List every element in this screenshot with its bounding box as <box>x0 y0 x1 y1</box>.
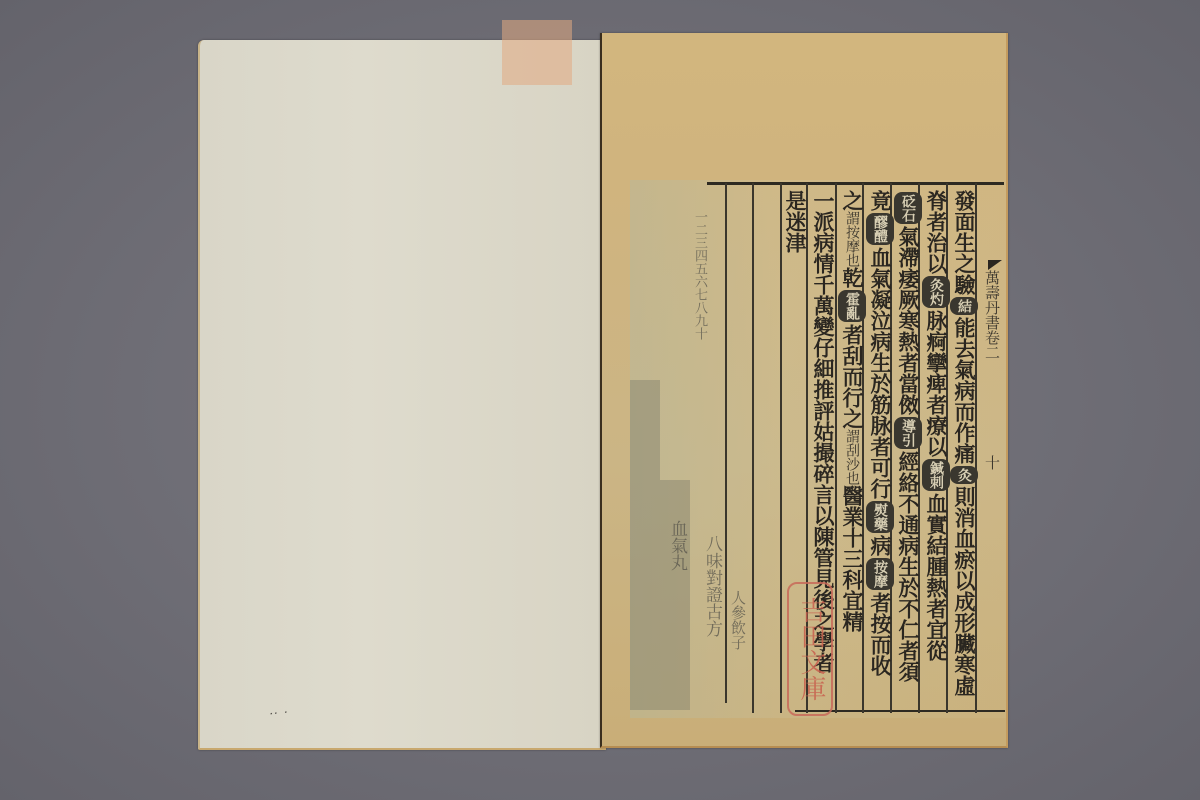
bleedthrough-text: 八味對證古方 <box>700 535 725 637</box>
term-badge: 霍亂 <box>838 290 866 322</box>
pencil-note: ᐧᐧ ᐧ <box>267 705 288 723</box>
column-text: 竟 <box>868 190 893 211</box>
text-column-7: 是迷津 <box>782 190 808 253</box>
column-text: 者刮而行之 <box>840 324 865 429</box>
term-badge: 鍼刺 <box>922 459 950 491</box>
fish-tail-marker-icon <box>988 260 1002 270</box>
column-text: 是迷津 <box>783 190 808 253</box>
column-text: 經絡不通病生於不仁者須 <box>896 451 921 682</box>
term-badge: 按摩 <box>866 558 894 590</box>
column-text: 乾 <box>840 267 865 288</box>
left-blank-page <box>198 40 606 750</box>
margin-title: 萬壽丹書卷二 <box>982 270 1003 360</box>
text-column-2: 脊者治以灸灼脉痾攣痺者療以鍼刺血實結腫熱者宜從 <box>922 190 950 661</box>
text-column-4: 竟醪醴血氣凝泣病生於筋脉者可行熨藥病按摩者按而收 <box>866 190 894 676</box>
text-column-1: 發面生之驗結能去氣病而作痛灸則消血瘀以成形臟寒虛 <box>950 190 978 696</box>
term-badge: 砭石 <box>894 192 922 224</box>
term-badge: 熨藥 <box>866 501 894 533</box>
column-text: 脉痾攣痺者療以 <box>924 310 949 457</box>
text-column-5: 之謂按摩也乾霍亂者刮而行之謂刮沙也醫業十三科宜精 <box>838 190 866 632</box>
annotation-text: 謂刮沙也 <box>844 429 860 485</box>
bleedthrough-text: 人參飲子 <box>728 590 749 650</box>
column-rule <box>725 183 727 703</box>
column-text: 發面生之驗 <box>952 190 977 295</box>
term-badge: 灸 <box>950 466 978 484</box>
text-column-3: 砭石氣滯痿厥寒熱者當傚導引經絡不通病生於不仁者須 <box>894 190 922 682</box>
column-text: 血氣凝泣病生於筋脉者可行 <box>868 247 893 499</box>
column-text: 者按而收 <box>868 592 893 676</box>
column-text: 氣滯痿厥寒熱者當傚 <box>896 226 921 415</box>
bleedthrough-block <box>660 480 690 710</box>
column-text: 能去氣病而作痛 <box>952 317 977 464</box>
term-badge: 醪醴 <box>866 213 894 245</box>
term-badge: 結 <box>950 297 978 315</box>
column-text: 之 <box>840 190 865 211</box>
column-rule <box>780 183 782 713</box>
term-badge: 灸灼 <box>922 276 950 308</box>
term-badge: 導引 <box>894 417 922 449</box>
column-text: 血實結腫熱者宜從 <box>924 493 949 661</box>
ghost-seal-offset <box>502 20 572 85</box>
column-text: 脊者治以 <box>924 190 949 274</box>
library-seal: 吉田文庫 <box>787 582 833 716</box>
annotation-text: 謂按摩也 <box>844 211 860 267</box>
column-text: 病 <box>868 535 893 556</box>
column-text: 醫業十三科宜精 <box>840 485 865 632</box>
page-number: 十 <box>982 455 1003 470</box>
bleedthrough-block <box>630 380 660 710</box>
column-rule <box>752 183 754 713</box>
bleedthrough-text: 血氣丸 <box>665 520 690 571</box>
column-text: 則消血瘀以成形臟寒虛 <box>952 486 977 696</box>
bleedthrough-text: 一二三四五六七八九十 <box>690 210 709 340</box>
